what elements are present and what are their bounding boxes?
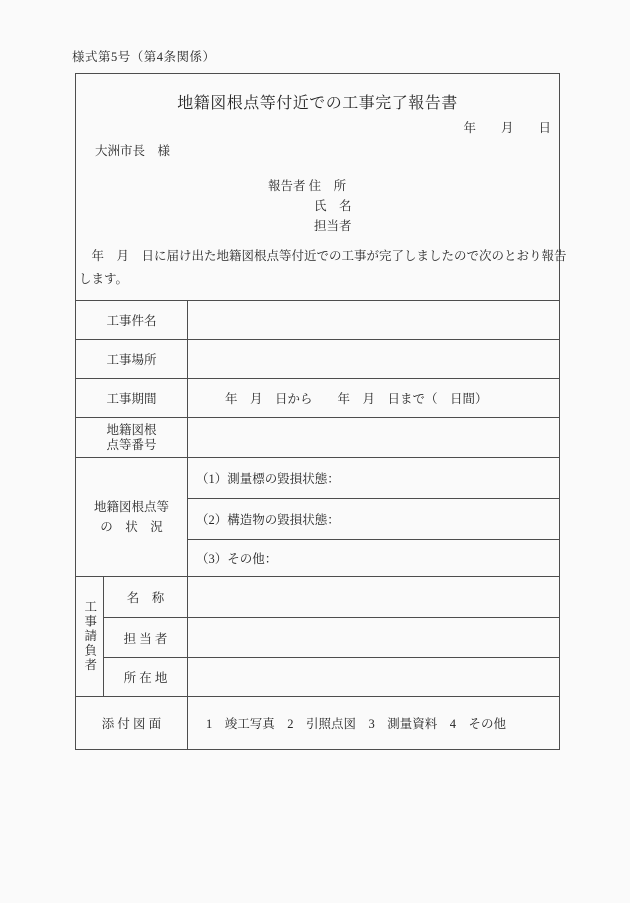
contractor-row-address: 所 在 地 xyxy=(104,657,559,696)
point-number-label: 地籍図根 点等番号 xyxy=(76,418,188,457)
body-paragraph: 年 月 日に届け出た地籍図根点等付近での工事が完了しましたので次のとおり報告 し… xyxy=(79,245,557,291)
report-table: 工事件名 工事場所 工事期間 年 月 日から 年 月 日まで（ 日間） 地籍図根… xyxy=(76,300,559,749)
addressee: 大洲市長 様 xyxy=(95,141,170,159)
contractor-name-label: 名 称 xyxy=(104,577,188,617)
point-number-value-area xyxy=(188,418,559,457)
contractor-section: 工事請負者 名 称 担 当 者 所 在 地 xyxy=(76,576,559,696)
contractor-contact-label: 担 当 者 xyxy=(104,618,188,657)
report-form-box: 地籍図根点等付近での工事完了報告書 年 月 日 大洲市長 様 報告者 住 所 氏… xyxy=(75,73,560,750)
document-page: 様式第5号（第4条関係） 地籍図根点等付近での工事完了報告書 年 月 日 大洲市… xyxy=(0,0,630,903)
row-construction-name: 工事件名 xyxy=(76,301,559,339)
reporter-contact-line: 担当者 xyxy=(314,216,352,236)
contractor-address-label: 所 在 地 xyxy=(104,658,188,696)
contractor-rows: 名 称 担 当 者 所 在 地 xyxy=(104,577,559,696)
contractor-name-value-area xyxy=(188,577,559,617)
construction-site-value-area xyxy=(188,340,559,378)
reporter-address-line: 報告者 住 所 xyxy=(268,176,352,196)
reporter-name-line: 氏 名 xyxy=(314,196,352,216)
attachment-label: 添 付 図 面 xyxy=(76,697,188,749)
construction-period-label: 工事期間 xyxy=(76,379,188,417)
contractor-row-name: 名 称 xyxy=(104,577,559,617)
reporter-block: 報告者 住 所 氏 名 担当者 xyxy=(268,176,352,236)
point-number-label-line2: 点等番号 xyxy=(106,438,156,453)
attachment-value: 1 竣工写真 2 引照点図 3 測量資料 4 その他 xyxy=(188,697,559,749)
contractor-address-value-area xyxy=(188,658,559,696)
point-number-label-line1: 地籍図根 xyxy=(106,423,156,438)
status-item-other: （3）その他： xyxy=(188,539,559,576)
status-label-line1: 地籍図根点等 xyxy=(94,497,169,517)
status-label-line2: の 状 況 xyxy=(100,517,163,537)
document-title: 地籍図根点等付近での工事完了報告書 xyxy=(76,90,559,113)
status-item-structure: （2）構造物の毀損状態： xyxy=(188,498,559,539)
form-number: 様式第5号（第4条関係） xyxy=(72,47,216,65)
row-construction-period: 工事期間 年 月 日から 年 月 日まで（ 日間） xyxy=(76,378,559,417)
status-items-column: （1）測量標の毀損状態： （2）構造物の毀損状態： （3）その他： xyxy=(188,458,559,576)
contractor-section-label-cell: 工事請負者 xyxy=(76,577,104,696)
date-line: 年 月 日 xyxy=(463,118,551,136)
row-point-number: 地籍図根 点等番号 xyxy=(76,417,559,457)
attachment-row: 添 付 図 面 1 竣工写真 2 引照点図 3 測量資料 4 その他 xyxy=(76,696,559,749)
construction-name-label: 工事件名 xyxy=(76,301,188,339)
body-line-1: 年 月 日に届け出た地籍図根点等付近での工事が完了しましたので次のとおり報告 xyxy=(79,245,557,268)
contractor-contact-value-area xyxy=(188,618,559,657)
construction-period-value: 年 月 日から 年 月 日まで（ 日間） xyxy=(188,379,559,417)
row-construction-site: 工事場所 xyxy=(76,339,559,378)
status-section: 地籍図根点等 の 状 況 （1）測量標の毀損状態： （2）構造物の毀損状態： （… xyxy=(76,457,559,576)
status-item-survey-marker: （1）測量標の毀損状態： xyxy=(188,458,559,498)
construction-name-value-area xyxy=(188,301,559,339)
body-line-2: します。 xyxy=(79,268,557,291)
contractor-row-contact: 担 当 者 xyxy=(104,617,559,657)
construction-site-label: 工事場所 xyxy=(76,340,188,378)
status-section-label: 地籍図根点等 の 状 況 xyxy=(76,458,188,576)
contractor-section-label: 工事請負者 xyxy=(83,600,96,673)
